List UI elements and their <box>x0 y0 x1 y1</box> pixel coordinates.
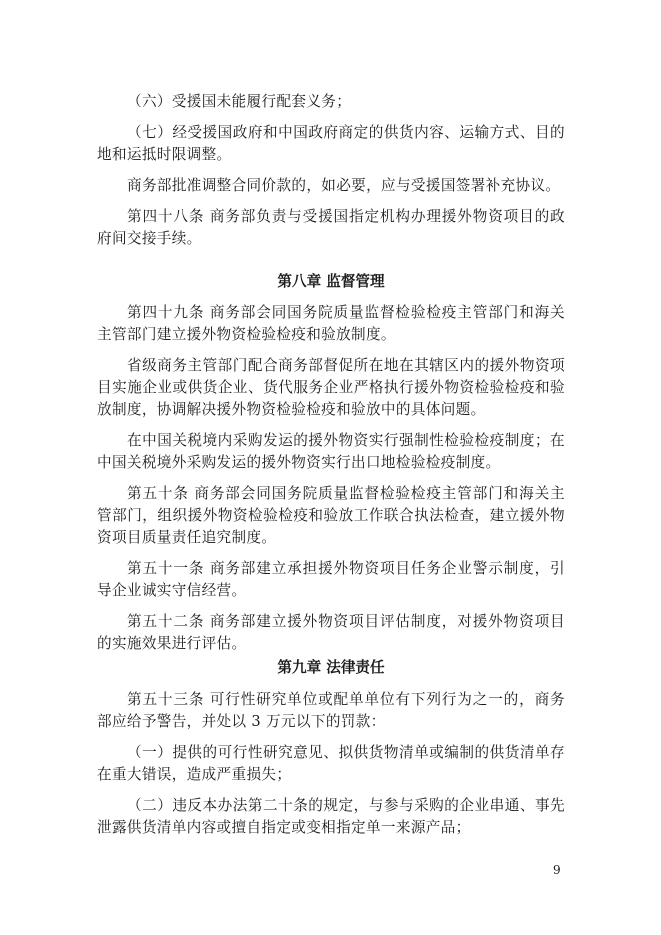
chapter-8-heading: 第八章 监督管理 <box>97 271 565 293</box>
paragraph-article-48: 第四十八条 商务部负责与受援国指定机构办理援外物资项目的政府间交接手续。 <box>97 206 565 250</box>
paragraph-item-1: （一）提供的可行性研究意见、拟供货物清单或编制的供货清单存在重大错误，造成严重损… <box>97 742 565 786</box>
paragraph-article-52: 第五十二条 商务部建立援外物资项目评估制度，对援外物资项目的实施效果进行评估。 <box>97 611 565 655</box>
paragraph-item-7: （七）经受援国政府和中国政府商定的供货内容、运输方式、目的地和运抵时限调整。 <box>97 122 565 166</box>
paragraph-article-53: 第五十三条 可行性研究单位或配单单位有下列行为之一的，商务部应给予警告，并处以 … <box>97 689 565 733</box>
paragraph-provincial-dept: 省级商务主管部门配合商务部督促所在地在其辖区内的援外物资项目实施企业或供货企业、… <box>97 355 565 421</box>
paragraph-item-6: （六）受援国未能履行配套义务； <box>97 91 565 113</box>
paragraph-item-2: （二）违反本办法第二十条的规定，与参与采购的企业串通、事先泄露供货清单内容或擅自… <box>97 795 565 839</box>
chapter-9-heading: 第九章 法律责任 <box>97 657 565 679</box>
paragraph-customs-inspection: 在中国关税境内采购发运的援外物资实行强制性检验检疫制度；在中国关税境外采购发运的… <box>97 430 565 474</box>
page-number: 9 <box>553 862 561 878</box>
paragraph-article-51: 第五十一条 商务部建立承担援外物资项目任务企业警示制度，引导企业诚实守信经营。 <box>97 558 565 602</box>
paragraph-article-50: 第五十条 商务部会同国务院质量监督检验检疫主管部门和海关主管部门，组织援外物资检… <box>97 483 565 549</box>
paragraph-article-49: 第四十九条 商务部会同国务院质量监督检验检疫主管部门和海关主管部门建立援外物资检… <box>97 302 565 346</box>
paragraph-contract-adjust: 商务部批准调整合同价款的，如必要，应与受援国签署补充协议。 <box>97 175 565 197</box>
